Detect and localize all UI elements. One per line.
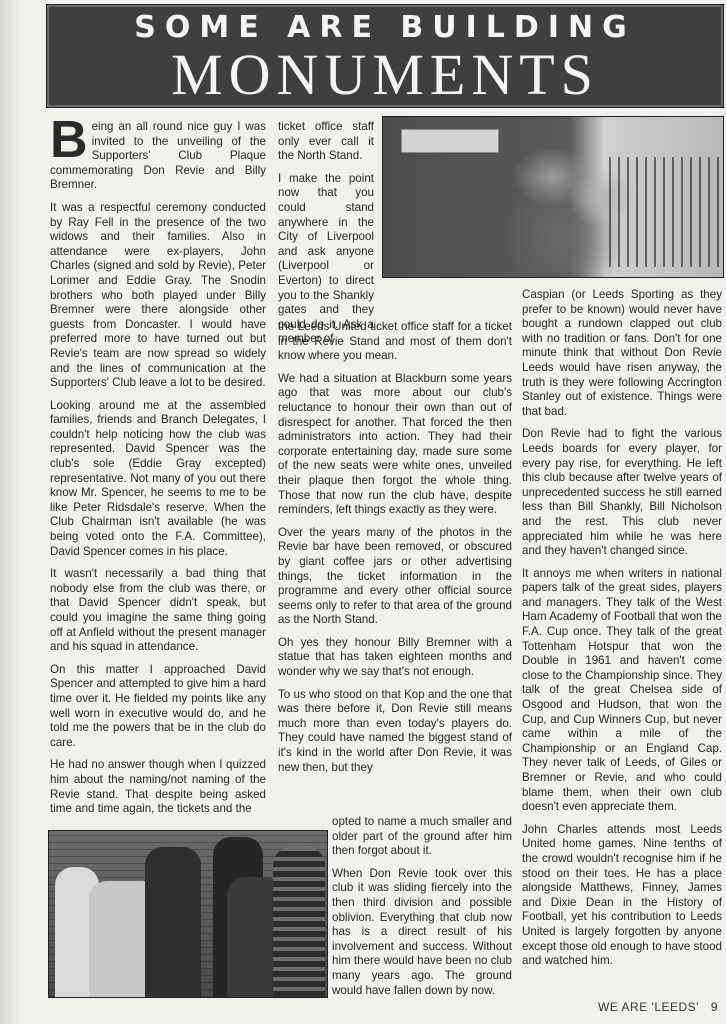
page-gutter-shadow: [0, 0, 18, 1024]
paragraph: When Don Revie took over this club it wa…: [332, 867, 512, 998]
paragraph: On this matter I approached David Spence…: [50, 663, 266, 751]
paragraph: Don Revie had to fight the various Leeds…: [522, 427, 722, 558]
article-title-banner: SOME ARE BUILDING MONUMENTS: [46, 4, 724, 108]
page-title: MONUMENTS: [47, 45, 723, 105]
title-kicker: SOME ARE BUILDING: [47, 11, 723, 45]
person-figure: [145, 847, 201, 997]
publication-name: WE ARE 'LEEDS': [598, 1000, 699, 1014]
drop-cap: B: [50, 120, 88, 160]
person-figure: [273, 847, 325, 997]
paragraph: opted to name a much smaller and older p…: [332, 815, 512, 859]
paragraph: He had no answer though when I quizzed h…: [50, 758, 266, 816]
paragraph: ticket office staff only ever call it th…: [278, 120, 374, 164]
paragraph: We had a situation at Blackburn some yea…: [278, 372, 512, 518]
paragraph: It was a respectful ceremony conducted b…: [50, 201, 266, 391]
paragraph: Caspian (or Leeds Sporting as they prefe…: [522, 288, 722, 419]
page-footer: WE ARE 'LEEDS' 9: [598, 1000, 718, 1014]
column-3: Caspian (or Leeds Sporting as they prefe…: [522, 288, 722, 977]
paragraph: Looking around me at the assembled famil…: [50, 399, 266, 560]
supporters-club-plaque: [401, 129, 499, 153]
paragraph: It wasn't necessarily a bad thing that n…: [50, 567, 266, 655]
group-photo: [48, 830, 328, 998]
column-2-wide: the Leeds United ticket office staff for…: [278, 320, 512, 783]
paragraph: Over the years many of the photos in the…: [278, 526, 512, 628]
railing-fence: [609, 157, 719, 267]
statue-photo: [382, 116, 724, 278]
paragraph: Oh yes they honour Billy Bremner with a …: [278, 636, 512, 680]
paragraph: Being an all round nice guy I was invite…: [50, 120, 266, 193]
column-1: Being an all round nice guy I was invite…: [50, 120, 266, 825]
page-number: 9: [711, 1000, 718, 1014]
paragraph: To us who stood on that Kop and the one …: [278, 688, 512, 776]
paragraph: It annoys me when writers in national pa…: [522, 567, 722, 815]
paragraph: John Charles attends most Leeds United h…: [522, 823, 722, 969]
paragraph: the Leeds United ticket office staff for…: [278, 320, 512, 364]
column-2-bottom: opted to name a much smaller and older p…: [332, 815, 512, 1006]
